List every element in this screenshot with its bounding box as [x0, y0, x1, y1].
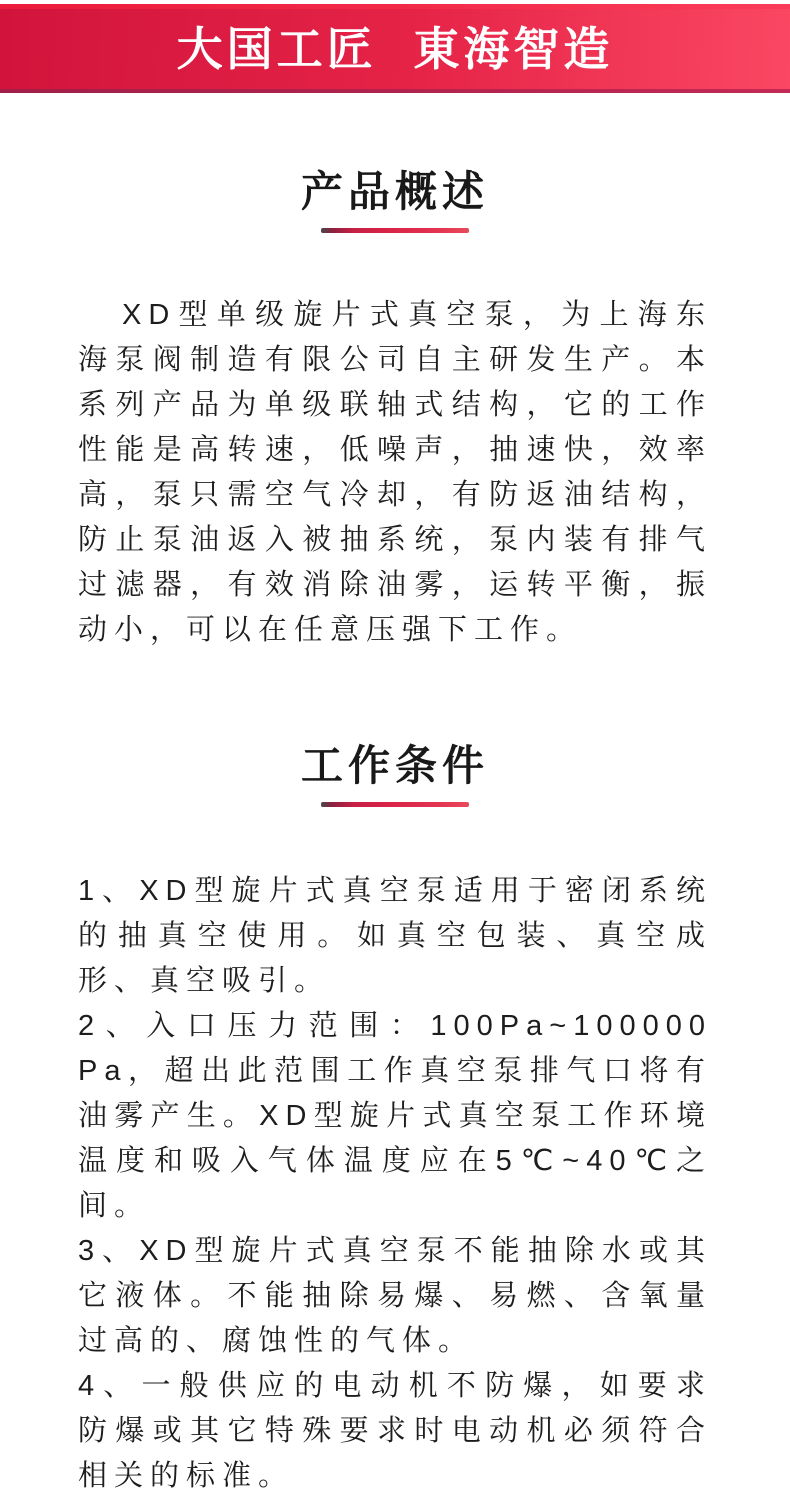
condition-item-3: 3、XD型旋片式真空泵不能抽除水或其它液体。不能抽除易爆、易燃、含氧量过高的、腐…: [78, 1229, 712, 1364]
brand-banner: 大国工匠 東海智造: [0, 4, 790, 93]
section-title-product-overview: 产品概述: [0, 169, 790, 215]
title-underline: [321, 802, 469, 807]
product-description-page: 大国工匠 東海智造 产品概述 XD型单级旋片式真空泵，为上海东海泵阀制造有限公司…: [0, 4, 790, 1499]
brand-banner-title: 大国工匠 東海智造: [177, 26, 614, 72]
section-title-working-conditions: 工作条件: [0, 743, 790, 789]
conditions-list: 1、XD型旋片式真空泵适用于密闭系统的抽真空使用。如真空包装、真空成形、真空吸引…: [78, 869, 712, 1499]
section-working-conditions: 工作条件 1、XD型旋片式真空泵适用于密闭系统的抽真空使用。如真空包装、真空成形…: [0, 743, 790, 1499]
condition-item-2: 2、入口压力范围：100Pa~100000 Pa，超出此范围工作真空泵排气口将有…: [78, 1004, 712, 1229]
condition-item-4: 4、一般供应的电动机不防爆，如要求防爆或其它特殊要求时电动机必须符合相关的标准。: [78, 1364, 712, 1499]
overview-paragraph: XD型单级旋片式真空泵，为上海东海泵阀制造有限公司自主研发生产。本系列产品为单级…: [78, 293, 712, 653]
overview-content: XD型单级旋片式真空泵，为上海东海泵阀制造有限公司自主研发生产。本系列产品为单级…: [78, 293, 712, 653]
condition-item-1: 1、XD型旋片式真空泵适用于密闭系统的抽真空使用。如真空包装、真空成形、真空吸引…: [78, 869, 712, 1004]
section-product-overview: 产品概述 XD型单级旋片式真空泵，为上海东海泵阀制造有限公司自主研发生产。本系列…: [0, 169, 790, 653]
title-underline: [321, 228, 469, 233]
